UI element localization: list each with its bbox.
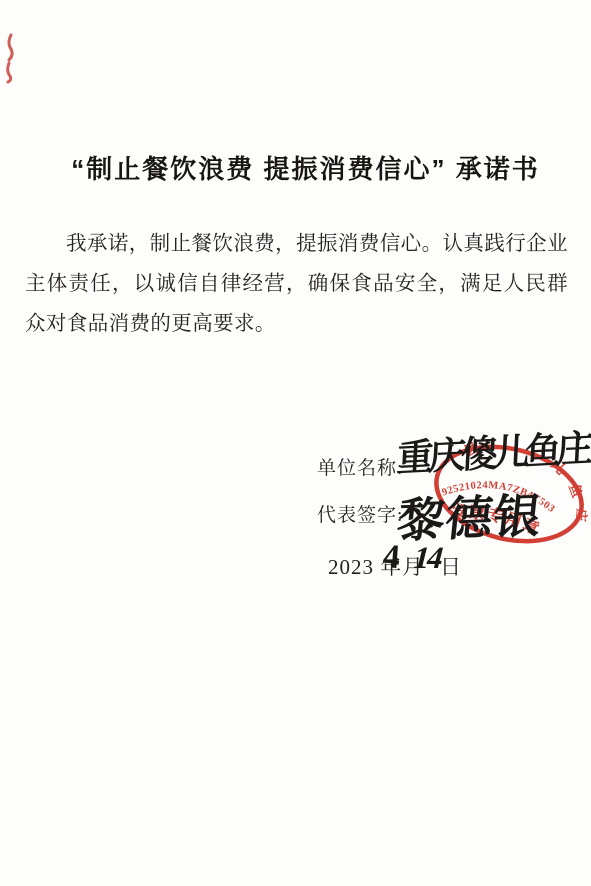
body-paragraph: 我承诺，制止餐饮浪费，提振消费信心。认真践行企业主体责任，以诚信自律经营，确保食… — [25, 224, 568, 344]
unit-name-label: 单位名称: — [317, 453, 403, 480]
document-page: “制止餐饮浪费 提振消费信心” 承诺书 我承诺，制止餐饮浪费，提振消费信心。认真… — [0, 0, 591, 886]
red-ink-marks — [2, 32, 24, 84]
red-ink-stroke — [8, 63, 11, 82]
representative-signature-label: 代表签字: — [317, 500, 403, 527]
red-ink-stroke — [9, 35, 12, 60]
handwritten-month: 4 — [382, 538, 402, 577]
unit-name-handwriting: 重庆傻儿鱼庄 — [396, 418, 591, 482]
stamp-arc-char: 庄 — [573, 508, 589, 522]
document-title: “制止餐饮浪费 提振消费信心” 承诺书 — [28, 149, 583, 186]
day-label: 日 — [440, 551, 461, 581]
signature-handwriting: 黎德银 — [394, 479, 545, 551]
